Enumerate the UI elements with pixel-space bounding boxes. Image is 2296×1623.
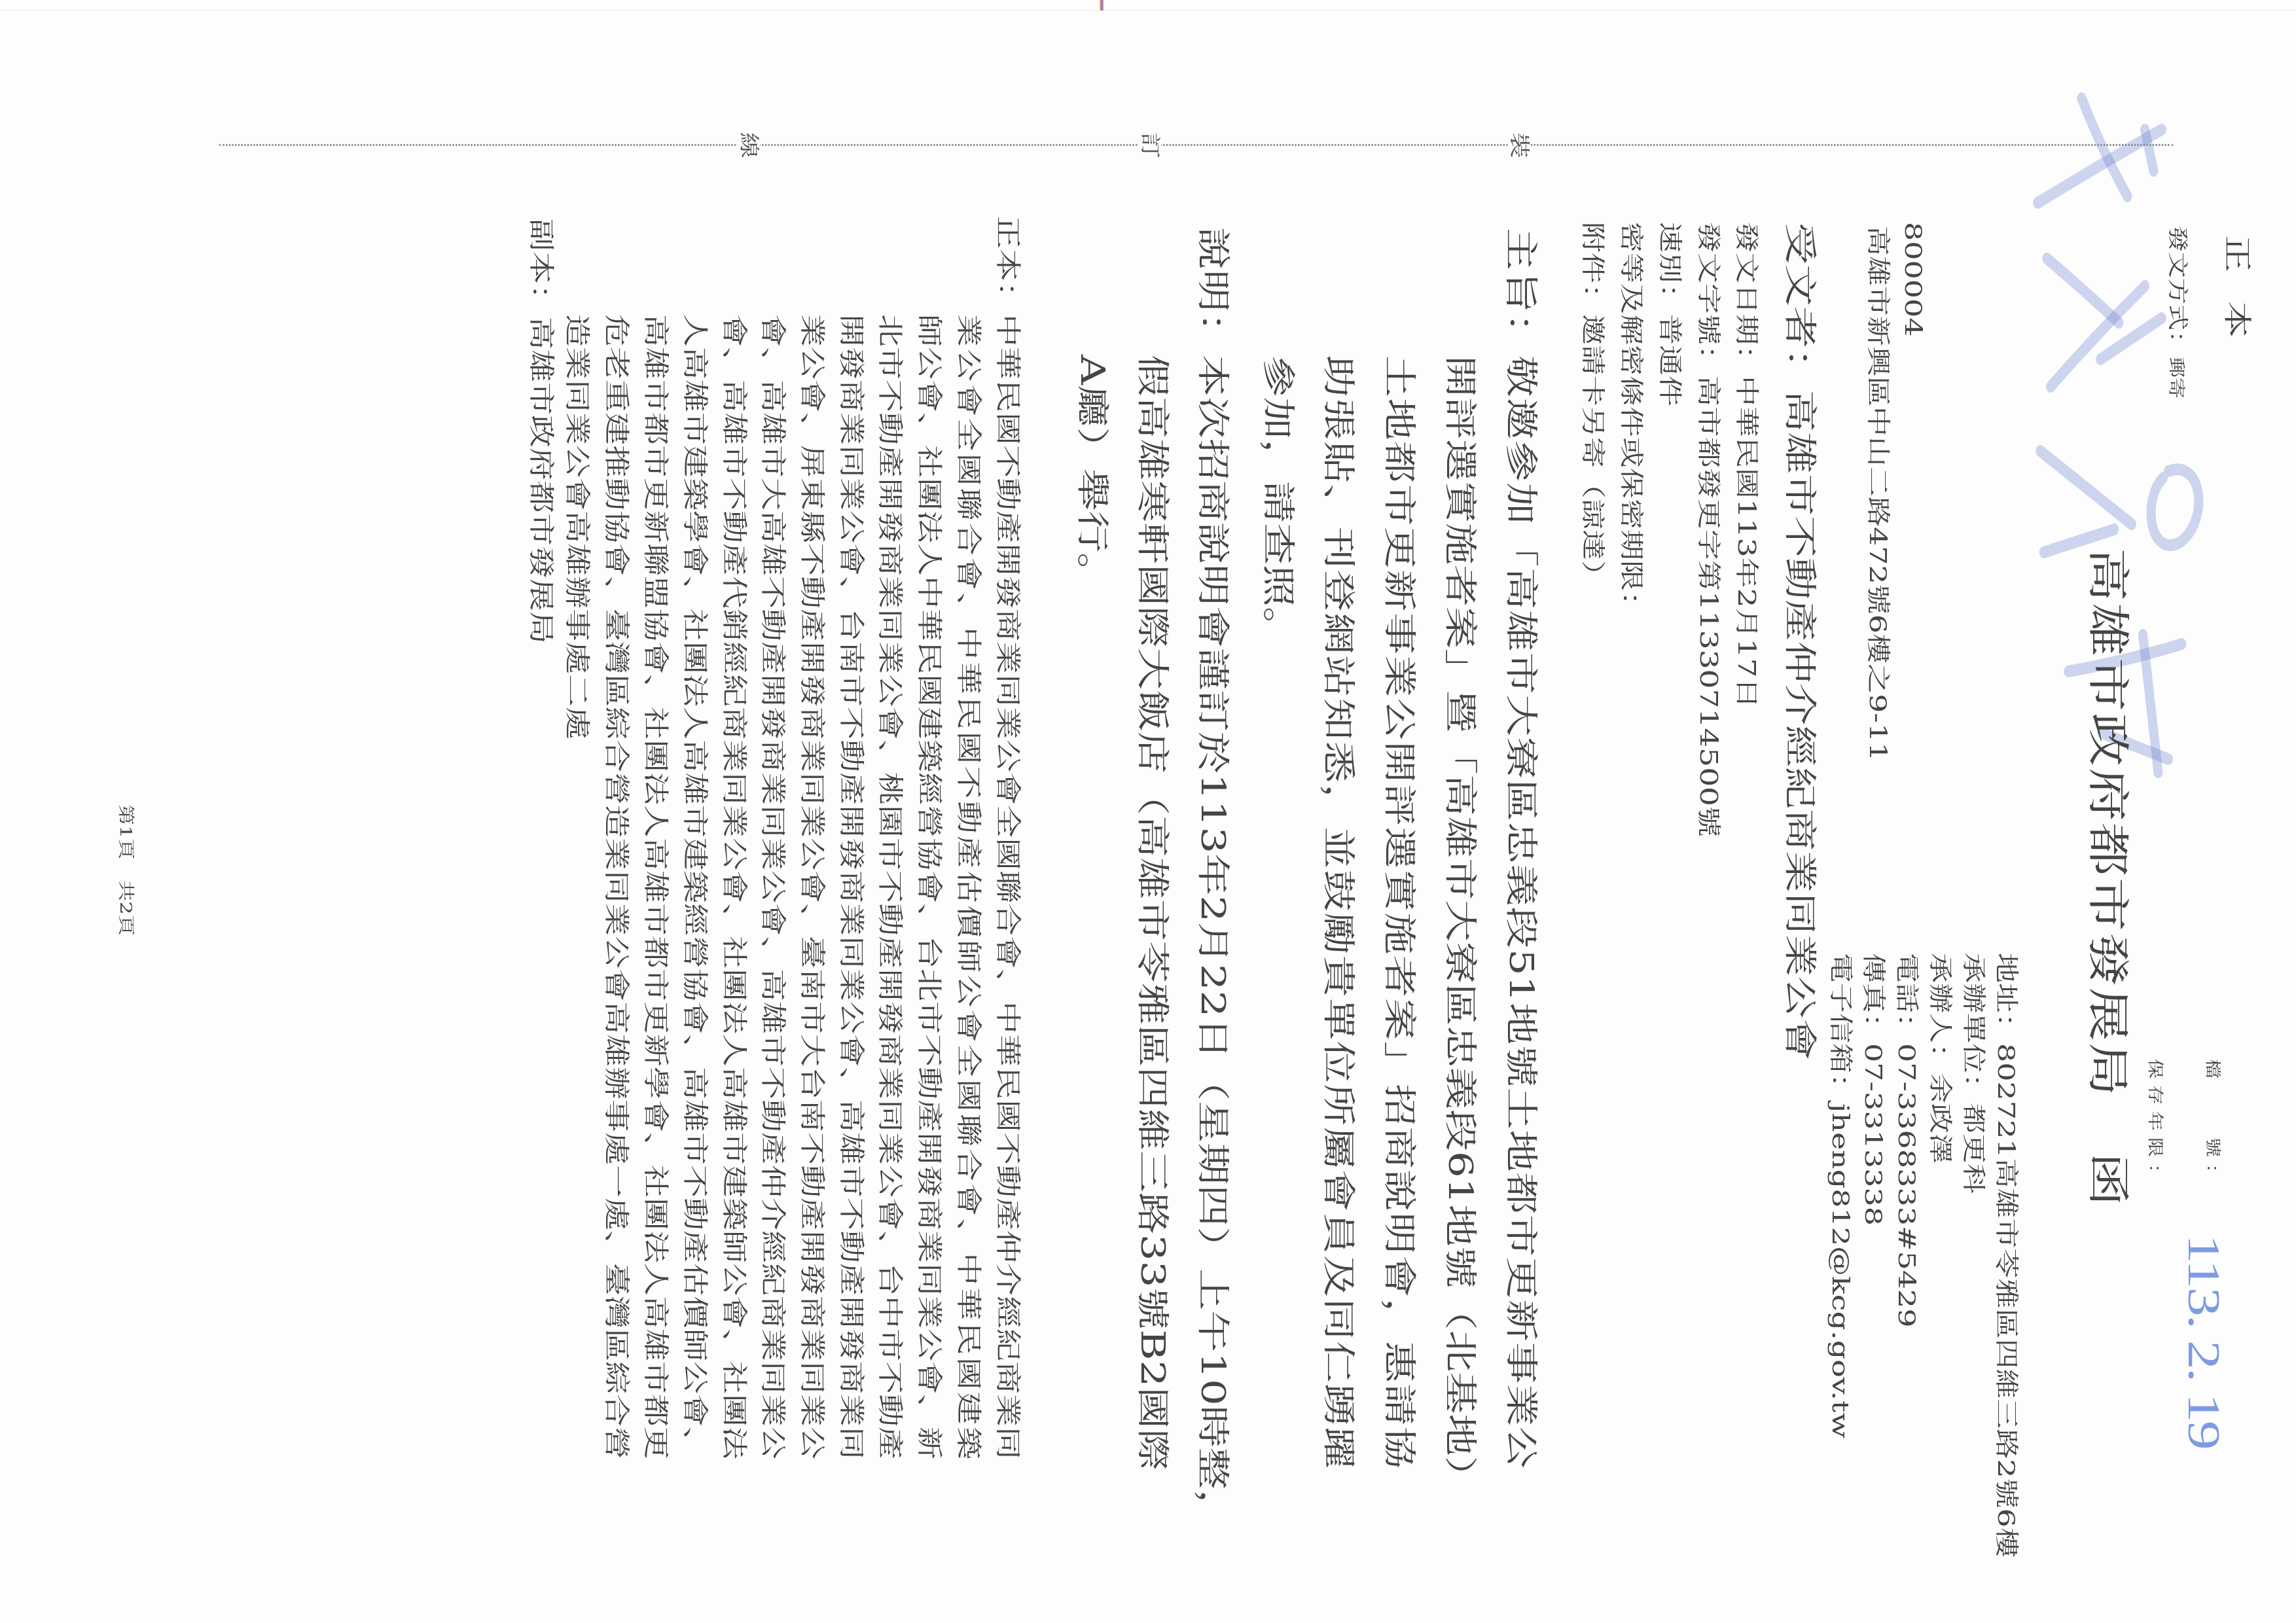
primary-recipients-line: 會、高雄市不動產代銷經紀商業同業公會、社團法人高雄市建築師公會、社團法 — [721, 314, 747, 1459]
binding-label-xian: 線 — [738, 131, 760, 160]
contact-fax-value: 07-3313338 — [1860, 1043, 1888, 1226]
document-number: 發文字號：高市都發更字第11330714500號 — [1696, 222, 1721, 837]
contact-address: 地址：802721高雄市苓雅區四維三路2號6樓 — [1995, 953, 2018, 1558]
document-number-value: 高市都發更字第11330714500號 — [1694, 376, 1722, 837]
binding-dotted-line — [219, 144, 2173, 146]
subject-line: 土地都市更新事業公開評選實施者案」招商說明會，惠請協 — [1382, 355, 1416, 1469]
primary-recipients-line: 業公會全國聯合會、中華民國不動產估價師公會全國聯合會、中華民國建築 — [956, 314, 982, 1459]
issue-date-value: 中華民國113年2月17日 — [1732, 376, 1761, 708]
recipient-postal-code: 800004 — [1901, 222, 1925, 337]
page-indicator: 第1頁 共2頁 — [118, 804, 135, 936]
subject-line: 助張貼、刊登網站知悉，並鼓勵貴單位所屬會員及同仁踴躍 — [1321, 355, 1355, 1469]
explanation-label: 說明： — [1196, 227, 1229, 355]
contact-address-value: 802721高雄市苓雅區四維三路2號6樓 — [1993, 1043, 2020, 1558]
explanation-line: 本次招商說明會謹訂於113年2月22日（星期四）上午10時整， — [1196, 355, 1229, 1469]
issue-date-label: 發文日期： — [1732, 222, 1761, 376]
recipient: 受文者：高雄市不動產仲介經紀商業同業公會 — [1784, 223, 1816, 1060]
contact-unit: 承辦單位：都更科 — [1962, 953, 1985, 1194]
contact-email-value: jheng812@kcg.gov.tw — [1827, 1103, 1854, 1438]
recipient-label: 受文者： — [1781, 223, 1819, 390]
primary-recipients-line: 北市不動產開發商業同業公會、桃園市不動產開發商業同業公會、台中市不動產 — [878, 314, 903, 1459]
subject-line: 敬邀參加「高雄市大寮區忠義段51地號土地都市更新事業公 — [1503, 355, 1537, 1469]
recipient-name: 高雄市不動產仲介經紀商業同業公會 — [1781, 390, 1819, 1060]
file-number-label: 檔 號： — [2204, 1059, 2219, 1190]
contact-email: 電子信箱：jheng812@kcg.gov.tw — [1829, 953, 1852, 1438]
primary-recipients-line: 危老重建推動協會、臺灣區綜合營造業同業公會高雄辦事處一處、臺灣區綜合營 — [604, 314, 630, 1459]
attachment-value: 邀請卡另寄（諒達） — [1578, 314, 1606, 591]
dispatch-method-label: 發文方式： — [2166, 226, 2189, 357]
contact-phone-label: 電話： — [1893, 953, 1921, 1043]
dispatch-method-value: 郵寄 — [2167, 357, 2187, 399]
contact-fax-label: 傳真： — [1860, 953, 1888, 1043]
binding-label-ding: 訂 — [1139, 131, 1161, 160]
explanation-line: 假高雄寒軒國際大飯店（高雄市苓雅區四維三路33號B2國際 — [1136, 355, 1169, 1469]
delivery-speed-value: 普通件 — [1656, 314, 1684, 406]
primary-recipients-line: 人高雄市建築學會、社團法人高雄市建築經營協會、高雄市不動產估價師公會、 — [682, 314, 708, 1459]
attachment-label: 附件： — [1578, 222, 1606, 314]
subject-line: 參加，請查照。 — [1261, 355, 1294, 649]
primary-recipients-line: 開發商業同業公會、台南市不動產開發商業同業公會、高雄市不動產開發商業同 — [839, 314, 865, 1459]
contact-unit-label: 承辦單位： — [1960, 953, 1987, 1103]
issue-date: 發文日期：中華民國113年2月17日 — [1734, 222, 1759, 708]
primary-recipients-line: 造業同業公會高雄辦事處二處 — [565, 314, 590, 740]
contact-officer: 承辦人：余政澤 — [1928, 953, 1952, 1164]
primary-recipients-line: 師公會、社團法人中華民國建築經營協會、台北市不動產開發商業同業公會、新 — [917, 314, 942, 1459]
delivery-speed: 速別：普通件 — [1658, 222, 1682, 406]
contact-phone-value: 07-3368333#5429 — [1893, 1043, 1921, 1328]
letter-title: 高雄市政府都市發展局 函 — [2087, 548, 2128, 1207]
binding-label-zhuang: 裝 — [1508, 131, 1530, 160]
confidentiality-label: 密等及解密條件或保密期限： — [1617, 222, 1645, 622]
primary-recipients-line: 會、高雄市大高雄不動產開發商業同業公會、高雄市不動產仲介經紀商業同業公 — [761, 314, 786, 1459]
primary-recipients-line: 中華民國不動產開發商業同業公會全國聯合會、中華民國不動產仲介經紀商業同 — [996, 314, 1021, 1459]
subject-line: 開評選實施者案」暨「高雄市大寮區忠義段61地號（北基地） — [1443, 355, 1477, 1469]
retention-period-label: 保存年限： — [2147, 1059, 2162, 1190]
contact-unit-value: 都更科 — [1960, 1103, 1987, 1194]
official-letter-page: 裝 訂 線 正本 發文方式：郵寄 檔 號： 113. 2. 19 保存年限： 高… — [0, 0, 2296, 1623]
delivery-speed-label: 速別： — [1656, 222, 1684, 314]
recipient-address: 高雄市新興區中山二路472號6樓之9-11 — [1867, 226, 1890, 761]
received-date-stamp: 113. 2. 19 — [2181, 1234, 2227, 1448]
primary-recipients-line: 業公會、屏東縣不動產開發商業同業公會、臺南市大台南不動產開發商業同業公 — [800, 314, 825, 1459]
confidentiality: 密等及解密條件或保密期限： — [1619, 222, 1643, 622]
primary-recipients-label: 正本： — [996, 216, 1021, 314]
contact-officer-label: 承辦人： — [1926, 953, 1954, 1073]
subject-label: 主旨： — [1503, 228, 1537, 355]
carbon-copy-label: 副本： — [529, 219, 554, 317]
explanation-line: A廳）舉行。 — [1075, 355, 1109, 594]
contact-fax: 傳真：07-3313338 — [1862, 953, 1886, 1226]
attachment: 附件：邀請卡另寄（諒達） — [1580, 222, 1604, 591]
contact-email-label: 電子信箱： — [1827, 953, 1854, 1103]
primary-recipients-line: 高雄市都市更新聯盟協會、社團法人高雄市都市更新學會、社團法人高雄市都更 — [643, 314, 669, 1459]
carbon-copy-value: 高雄市政府都市發展局 — [529, 317, 554, 644]
contact-officer-value: 余政澤 — [1926, 1073, 1954, 1164]
dispatch-method: 發文方式：郵寄 — [2166, 226, 2188, 399]
document-number-label: 發文字號： — [1694, 222, 1722, 376]
copy-type-label: 正本 — [2222, 236, 2251, 366]
contact-phone: 電話：07-3368333#5429 — [1895, 953, 1919, 1328]
contact-address-label: 地址： — [1993, 953, 2020, 1043]
